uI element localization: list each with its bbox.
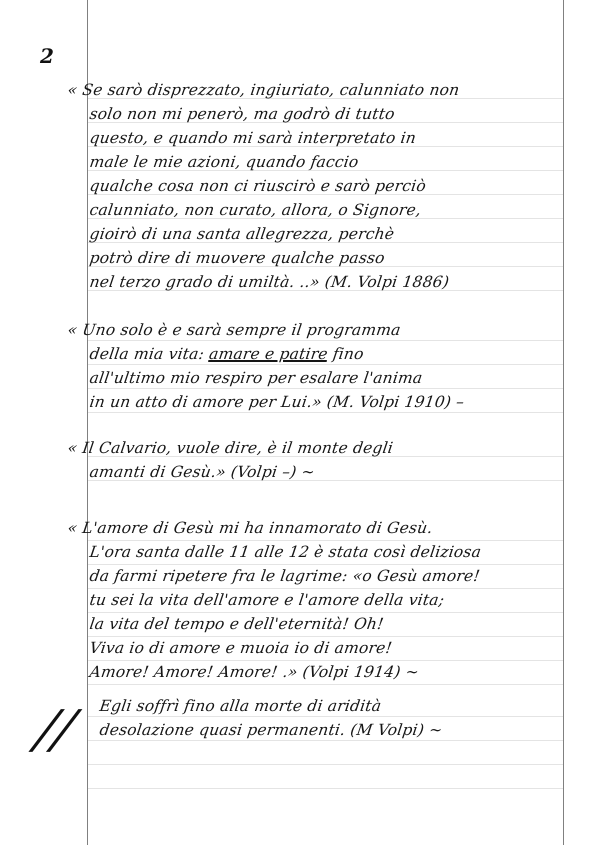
text-line: potrò dire di muovere qualche passo	[66, 246, 569, 270]
margin-double-slash-mark: //	[31, 700, 81, 760]
text-line: la vita del tempo e dell'eternità! Oh!	[66, 612, 569, 636]
text-line-with-attribution: nel terzo grado di umiltà. ..» (M. Volpi…	[66, 270, 569, 294]
text-line: Egli soffrì fino alla morte di aridità	[76, 694, 579, 718]
text-line: L'ora santa dalle 11 alle 12 è stata cos…	[66, 540, 569, 564]
quote-paragraph-1886: « Se sarò disprezzato, ingiuriato, calun…	[66, 78, 566, 294]
text-line: questo, e quando mi sarà interpretato in	[66, 126, 569, 150]
text-line: solo non mi penerò, ma godrò di tutto	[66, 102, 569, 126]
text-line: da farmi ripetere fra le lagrime: «o Ges…	[66, 564, 569, 588]
text-line: male le mie azioni, quando faccio	[66, 150, 569, 174]
text-line-underlined: della mia vita: amare e patire fino	[66, 342, 569, 366]
text-line: « Il Calvario, vuole dire, è il monte de…	[66, 436, 569, 460]
text-line: Viva io di amore e muoia io di amore!	[66, 636, 569, 660]
text-line: gioirò di una santa allegrezza, perchè	[66, 222, 569, 246]
ruled-line	[88, 684, 563, 685]
quote-paragraph-1910: « Uno solo è e sarà sempre il programma …	[66, 318, 566, 414]
manuscript-page: 2 « Se sarò disprezzato, ingiuriato, cal…	[0, 0, 615, 845]
text-line: « Uno solo è e sarà sempre il programma	[66, 318, 569, 342]
quote-paragraph-1914: « L'amore di Gesù mi ha innamorato di Ge…	[66, 516, 566, 684]
ruled-line	[88, 788, 563, 789]
underlined-phrase: amare e patire	[208, 345, 329, 363]
text-line: « Se sarò disprezzato, ingiuriato, calun…	[66, 78, 569, 102]
text-line-with-attribution: Amore! Amore! Amore! .» (Volpi 1914) ~	[66, 660, 569, 684]
text-line-with-attribution: amanti di Gesù.» (Volpi –) ~	[66, 460, 569, 484]
text-line-with-attribution: in un atto di amore per Lui.» (M. Volpi …	[66, 390, 569, 414]
text-line-with-attribution: desolazione quasi permanenti. (M Volpi) …	[76, 718, 579, 742]
text-line: calunniato, non curato, allora, o Signor…	[66, 198, 569, 222]
text-line: qualche cosa non ci riuscirò e sarò perc…	[66, 174, 569, 198]
quote-paragraph-calvario: « Il Calvario, vuole dire, è il monte de…	[66, 436, 566, 484]
page-number: 2	[40, 44, 54, 68]
text-line: tu sei la vita dell'amore e l'amore dell…	[66, 588, 569, 612]
text-line: « L'amore di Gesù mi ha innamorato di Ge…	[66, 516, 569, 540]
ruled-line	[88, 764, 563, 765]
text-line: all'ultimo mio respiro per esalare l'ani…	[66, 366, 569, 390]
closing-note-paragraph: Egli soffrì fino alla morte di aridità d…	[76, 694, 576, 742]
